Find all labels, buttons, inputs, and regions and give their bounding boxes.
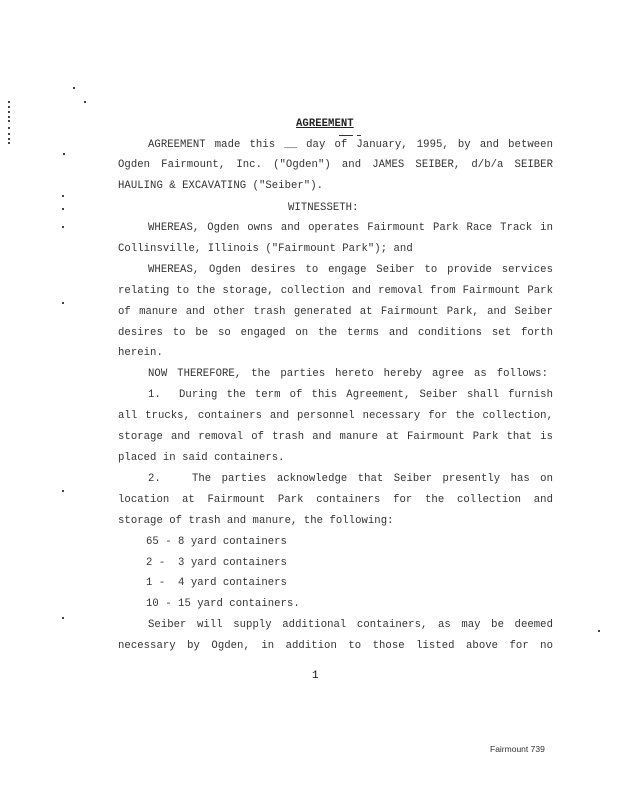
clause-2-line-1: 2. The parties acknowledge that Seiber p… — [148, 472, 553, 486]
clause-1-line-4: placed in said containers. — [118, 451, 285, 465]
scan-speck — [62, 490, 64, 492]
whereas-2-line-3: of manure and other trash generated at F… — [118, 305, 553, 319]
scan-speck — [8, 133, 10, 135]
whereas-1-line-1: WHEREAS, Ogden owns and operates Fairmou… — [148, 221, 553, 235]
scan-speck — [62, 302, 64, 304]
scan-speck — [62, 195, 64, 197]
scan-speck — [8, 116, 10, 118]
scan-speck — [73, 87, 75, 89]
document-title: AGREEMENT — [296, 117, 354, 131]
clause-2-line-3: storage of trash and manure, the followi… — [118, 514, 394, 528]
supply-line-2: necessary by Ogden, in addition to those… — [118, 639, 553, 653]
container-item-1: 65 - 8 yard containers — [146, 535, 287, 549]
scan-speck — [63, 153, 65, 155]
handwritten-mark — [357, 135, 361, 136]
whereas-2-line-1: WHEREAS, Ogden desires to engage Seiber … — [148, 263, 553, 277]
scan-speck — [8, 101, 10, 103]
whereas-2-line-2: relating to the storage, collection and … — [118, 284, 553, 298]
page-number: 1 — [312, 670, 319, 682]
document-page: AGREEMENT AGREEMENT made this __ day of … — [0, 0, 618, 800]
container-item-4: 10 - 15 yard containers. — [146, 597, 300, 611]
scan-speck — [62, 208, 64, 210]
scan-speck — [8, 111, 10, 113]
scan-speck — [84, 101, 86, 103]
intro-line-2: Ogden Fairmount, Inc. ("Ogden") and JAME… — [118, 158, 553, 172]
whereas-2-line-4: desires to be so engaged on the terms an… — [118, 326, 553, 340]
container-item-2: 2 - 3 yard containers — [146, 556, 287, 570]
supply-line-1: Seiber will supply additional containers… — [148, 618, 553, 632]
clause-1-line-2: all trucks, containers and personnel nec… — [118, 409, 553, 423]
handwritten-mark — [339, 135, 353, 136]
scan-speck — [8, 120, 10, 122]
intro-line-3: HAULING & EXCAVATING ("Seiber"). — [118, 179, 323, 193]
whereas-2-line-5: herein. — [118, 346, 163, 360]
scan-speck — [62, 226, 64, 228]
now-therefore-line: NOW THEREFORE, the parties hereto hereby… — [148, 367, 548, 381]
clause-1-line-1: 1. During the term of this Agreement, Se… — [148, 388, 553, 402]
scan-speck — [598, 630, 600, 632]
scan-speck — [8, 138, 10, 140]
clause-2-line-2: location at Fairmount Park containers fo… — [118, 493, 553, 507]
scan-speck — [8, 127, 10, 129]
container-item-3: 1 - 4 yard containers — [146, 576, 287, 590]
scan-speck — [62, 617, 64, 619]
witnesseth-heading: WITNESSETH: — [288, 201, 358, 215]
intro-line-1: AGREEMENT made this __ day of January, 1… — [148, 138, 553, 152]
bates-stamp: Fairmount 739 — [490, 744, 545, 754]
clause-1-line-3: storage and removal of trash and manure … — [118, 430, 553, 444]
scan-speck — [8, 106, 10, 108]
scan-speck — [8, 142, 10, 144]
whereas-1-line-2: Collinsville, Illinois ("Fairmount Park"… — [118, 242, 413, 256]
